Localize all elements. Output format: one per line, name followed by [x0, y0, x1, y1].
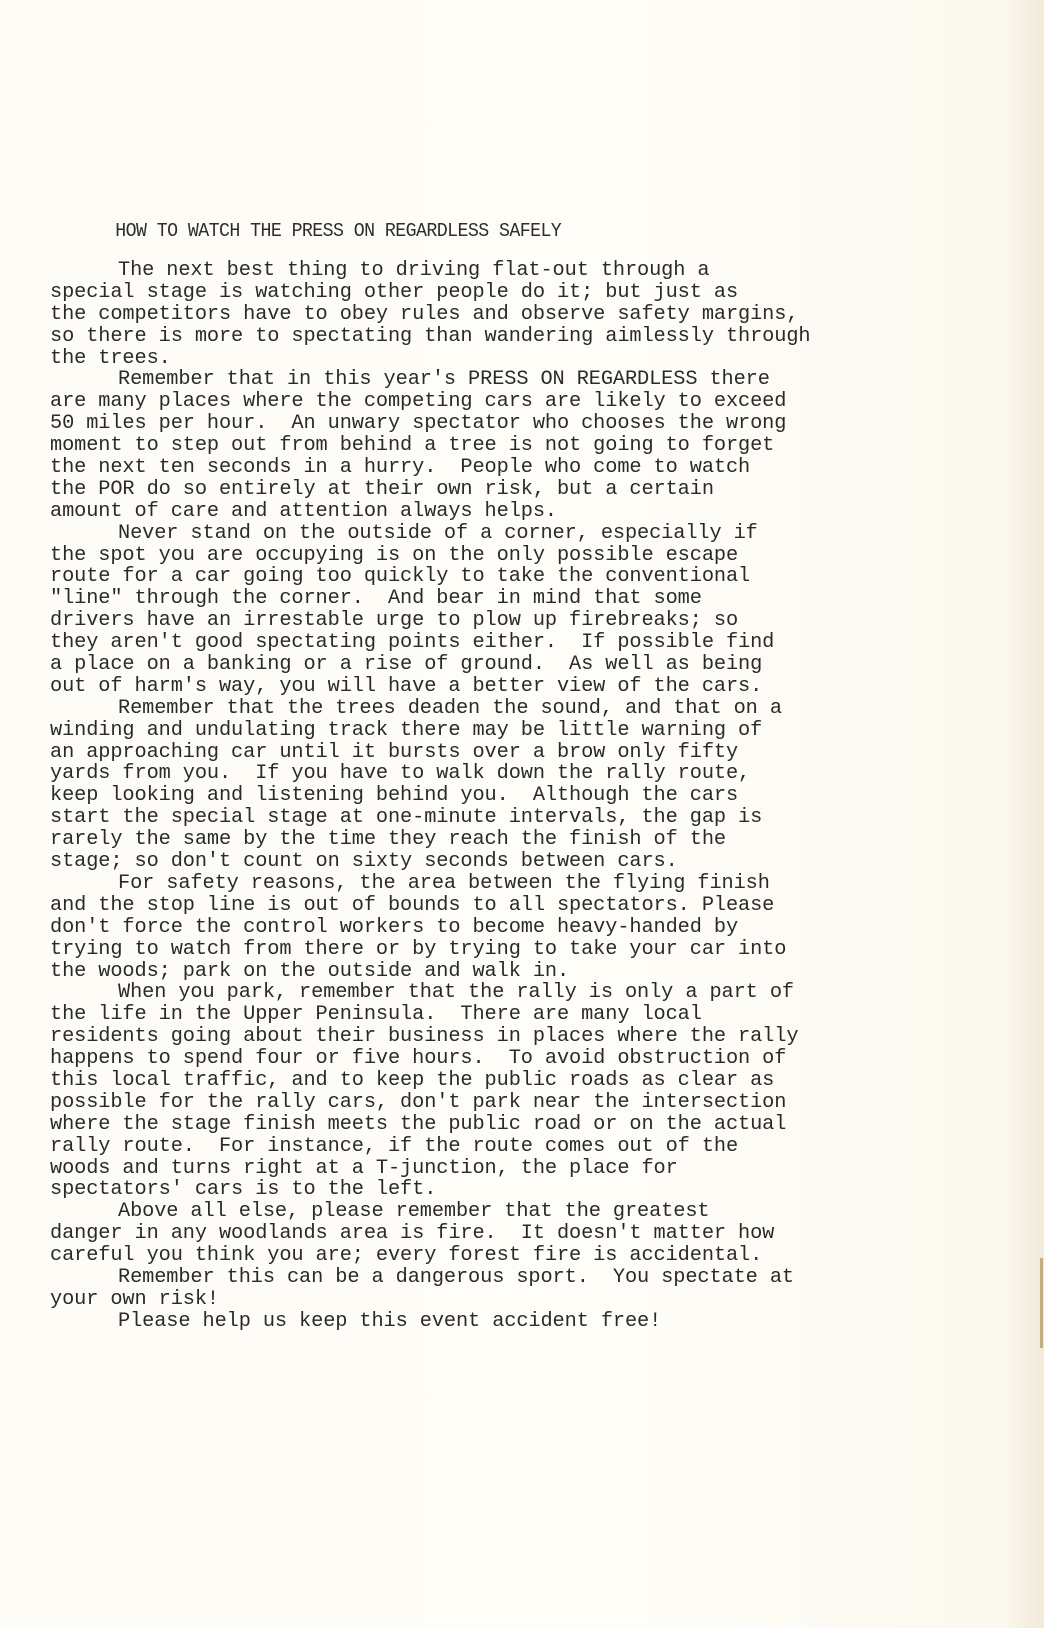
paragraph-first-line: When you park, remember that the rally i…	[50, 982, 950, 1004]
text-line: your own risk!	[50, 1289, 950, 1311]
paragraph-first-line: Above all else, please remember that the…	[50, 1201, 950, 1223]
text-line: the life in the Upper Peninsula. There a…	[50, 1004, 950, 1026]
text-line: rarely the same by the time they reach t…	[50, 829, 950, 851]
text-line: an approaching car until it bursts over …	[50, 742, 950, 764]
document-title: HOW TO WATCH THE PRESS ON REGARDLESS SAF…	[50, 220, 914, 242]
text-line: rally route. For instance, if the route …	[50, 1136, 950, 1158]
document-body: HOW TO WATCH THE PRESS ON REGARDLESS SAF…	[50, 220, 950, 1333]
text-line: the trees.	[50, 348, 950, 370]
text-line: drivers have an irrestable urge to plow …	[50, 610, 950, 632]
text-line: out of harm's way, you will have a bette…	[50, 676, 950, 698]
document-page: HOW TO WATCH THE PRESS ON REGARDLESS SAF…	[0, 0, 1044, 1628]
text-line: residents going about their business in …	[50, 1026, 950, 1048]
text-line: careful you think you are; every forest …	[50, 1245, 950, 1267]
paragraph-first-line: Remember that the trees deaden the sound…	[50, 698, 950, 720]
text-line: amount of care and attention always help…	[50, 501, 950, 523]
text-line: a place on a banking or a rise of ground…	[50, 654, 950, 676]
text-line: start the special stage at one-minute in…	[50, 807, 950, 829]
paragraph-first-line: Remember that in this year's PRESS ON RE…	[50, 369, 950, 391]
document-text: The next best thing to driving flat-out …	[50, 260, 950, 1333]
text-line: route for a car going too quickly to tak…	[50, 566, 950, 588]
paragraph-first-line: For safety reasons, the area between the…	[50, 873, 950, 895]
text-line: moment to step out from behind a tree is…	[50, 435, 950, 457]
text-line: this local traffic, and to keep the publ…	[50, 1070, 950, 1092]
page-edge-shadow	[1004, 0, 1044, 1628]
paragraph-first-line: Never stand on the outside of a corner, …	[50, 523, 950, 545]
text-line: are many places where the competing cars…	[50, 391, 950, 413]
text-line: the competitors have to obey rules and o…	[50, 304, 950, 326]
binding-edge-mark	[1040, 1258, 1043, 1348]
text-line: the POR do so entirely at their own risk…	[50, 479, 950, 501]
text-line: the woods; park on the outside and walk …	[50, 961, 950, 983]
text-line: woods and turns right at a T-junction, t…	[50, 1158, 950, 1180]
text-line: the next ten seconds in a hurry. People …	[50, 457, 950, 479]
text-line: don't force the control workers to becom…	[50, 917, 950, 939]
text-line: happens to spend four or five hours. To …	[50, 1048, 950, 1070]
text-line: stage; so don't count on sixty seconds b…	[50, 851, 950, 873]
paragraph-first-line: The next best thing to driving flat-out …	[50, 260, 950, 282]
text-line: so there is more to spectating than wand…	[50, 326, 950, 348]
text-line: they aren't good spectating points eithe…	[50, 632, 950, 654]
text-line: keep looking and listening behind you. A…	[50, 785, 950, 807]
text-line: 50 miles per hour. An unwary spectator w…	[50, 413, 950, 435]
text-line: where the stage finish meets the public …	[50, 1114, 950, 1136]
text-line: winding and undulating track there may b…	[50, 720, 950, 742]
text-line: possible for the rally cars, don't park …	[50, 1092, 950, 1114]
text-line: special stage is watching other people d…	[50, 282, 950, 304]
text-line: trying to watch from there or by trying …	[50, 939, 950, 961]
paragraph-first-line: Please help us keep this event accident …	[50, 1311, 950, 1333]
paragraph-first-line: Remember this can be a dangerous sport. …	[50, 1267, 950, 1289]
text-line: yards from you. If you have to walk down…	[50, 763, 950, 785]
text-line: danger in any woodlands area is fire. It…	[50, 1223, 950, 1245]
text-line: "line" through the corner. And bear in m…	[50, 588, 950, 610]
text-line: spectators' cars is to the left.	[50, 1179, 950, 1201]
text-line: the spot you are occupying is on the onl…	[50, 545, 950, 567]
text-line: and the stop line is out of bounds to al…	[50, 895, 950, 917]
